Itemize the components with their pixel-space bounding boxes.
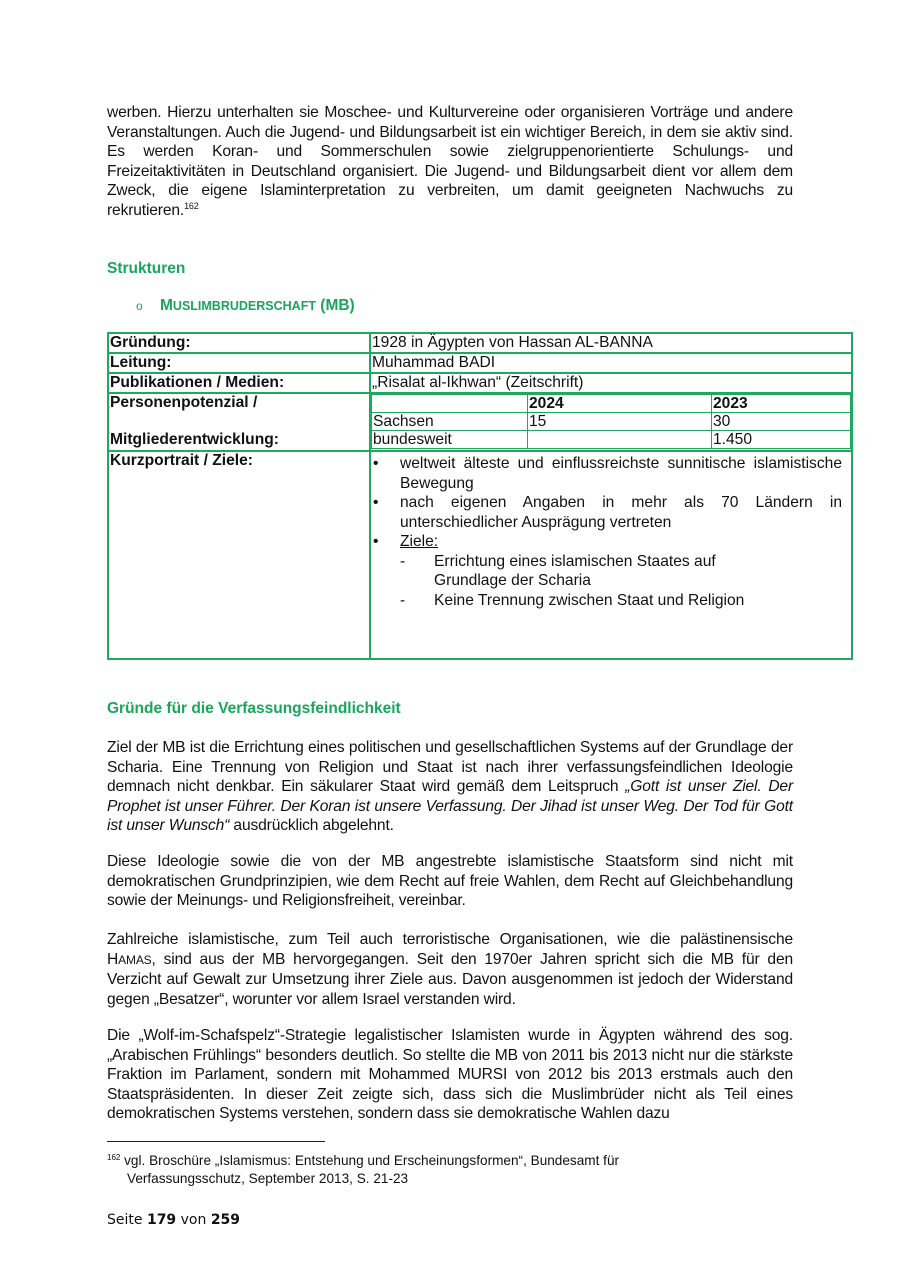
page-middle: von xyxy=(176,1212,211,1228)
region-cell: Sachsen xyxy=(372,413,528,431)
membership-table: 2024 2023 Sachsen 15 30 bundesweit 1.450 xyxy=(371,394,851,449)
total-pages: 259 xyxy=(211,1212,240,1228)
value-profile: weltweit älteste und einflussreichste su… xyxy=(370,451,852,659)
footnote-line1: vgl. Broschüre „Islamismus: Entstehung u… xyxy=(120,1153,619,1168)
value-2023-cell: 1.450 xyxy=(712,431,851,449)
label-publications: Publikationen / Medien: xyxy=(108,373,370,393)
section-heading-reasons: Gründe für die Verfassungsfeindlichkeit xyxy=(107,700,401,718)
subheading-initial: M xyxy=(160,297,173,314)
current-page: 179 xyxy=(147,1212,176,1228)
list-item: Errichtung eines islamischen Staates auf… xyxy=(400,552,842,591)
hamas-smallcaps: AMAS xyxy=(118,953,151,967)
region-cell: bundesweit xyxy=(372,431,528,449)
page-prefix: Seite xyxy=(107,1212,147,1228)
label-membership-line2: Mitgliederentwicklung: xyxy=(110,431,279,449)
table-row-founding: Gründung: 1928 in Ägypten von Hassan AL-… xyxy=(108,333,852,353)
label-founding: Gründung: xyxy=(108,333,370,353)
value-publications: „Risalat al-Ikhwan“ (Zeitschrift) xyxy=(370,373,852,393)
table-row-leadership: Leitung: Muhammad BADI xyxy=(108,353,852,373)
label-profile: Kurzportrait / Ziele: xyxy=(108,451,370,659)
reasons-p1-tail: ausdrücklich abgelehnt. xyxy=(229,817,394,834)
subheading-muslimbruderschaft: oMUSLIMBRUDERSCHAFT (MB) xyxy=(136,297,355,315)
footnote-ref[interactable]: 162 xyxy=(184,201,199,211)
list-item: nach eigenen Angaben in mehr als 70 Länd… xyxy=(372,493,850,532)
footnote-line2: Verfassungsschutz, September 2013, S. 21… xyxy=(107,1170,747,1188)
table-row-membership: Personenpotenzial / Mitgliederentwicklun… xyxy=(108,393,852,451)
goals-dash-list: Errichtung eines islamischen Staates auf… xyxy=(400,552,842,611)
profile-bullet-list: weltweit älteste und einflussreichste su… xyxy=(372,454,850,610)
footnote-number: 162 xyxy=(107,1153,120,1162)
value-founding: 1928 in Ägypten von Hassan AL-BANNA xyxy=(370,333,852,353)
value-2024-cell xyxy=(528,431,712,449)
table-row: Sachsen 15 30 xyxy=(372,413,851,431)
organization-info-table: Gründung: 1928 in Ägypten von Hassan AL-… xyxy=(107,332,853,660)
list-item-goals: Ziele: Errichtung eines islamischen Staa… xyxy=(372,532,850,610)
label-leadership: Leitung: xyxy=(108,353,370,373)
footnote-162: 162 vgl. Broschüre „Islamismus: Entstehu… xyxy=(107,1152,747,1187)
reasons-p3-tail: , sind aus der MB hervorgegangen. Seit d… xyxy=(107,951,793,1008)
membership-header-empty xyxy=(372,395,528,413)
membership-header-row: 2024 2023 xyxy=(372,395,851,413)
goals-label: Ziele: xyxy=(400,533,438,550)
table-row-publications: Publikationen / Medien: „Risalat al-Ikhw… xyxy=(108,373,852,393)
membership-header-2024: 2024 xyxy=(528,395,712,413)
section-heading-structures: Strukturen xyxy=(107,260,185,278)
reasons-paragraph-3: Zahlreiche islamistische, zum Teil auch … xyxy=(107,930,793,1009)
reasons-paragraph-4: Die „Wolf-im-Schafspelz“-Strategie legal… xyxy=(107,1026,793,1124)
label-membership-line1: Personenpotenzial / xyxy=(110,394,368,412)
table-row-profile: Kurzportrait / Ziele: weltweit älteste u… xyxy=(108,451,852,659)
subheading-smallcaps: USLIMBRUDERSCHAFT xyxy=(173,299,316,313)
footnote-divider xyxy=(107,1141,325,1142)
label-membership: Personenpotenzial / Mitgliederentwicklun… xyxy=(108,393,370,451)
value-2023-cell: 30 xyxy=(712,413,851,431)
reasons-p3-text: Zahlreiche islamistische, zum Teil auch … xyxy=(107,931,793,948)
hollow-bullet-icon: o xyxy=(136,299,160,313)
hamas-initial: H xyxy=(107,951,118,968)
value-2024-cell: 15 xyxy=(528,413,712,431)
table-row: bundesweit 1.450 xyxy=(372,431,851,449)
membership-header-2023: 2023 xyxy=(712,395,851,413)
membership-cell: 2024 2023 Sachsen 15 30 bundesweit 1.450 xyxy=(370,393,852,451)
document-page: werben. Hierzu unterhalten sie Moschee- … xyxy=(0,0,900,1273)
intro-paragraph: werben. Hierzu unterhalten sie Moschee- … xyxy=(107,103,793,220)
intro-paragraph-text: werben. Hierzu unterhalten sie Moschee- … xyxy=(107,104,793,219)
reasons-paragraph-2: Diese Ideologie sowie die von der MB ang… xyxy=(107,852,793,911)
subheading-suffix: (MB) xyxy=(316,297,355,314)
value-leadership: Muhammad BADI xyxy=(370,353,852,373)
page-number: Seite 179 von 259 xyxy=(107,1212,240,1228)
list-item: weltweit älteste und einflussreichste su… xyxy=(372,454,850,493)
reasons-paragraph-1: Ziel der MB ist die Errichtung eines pol… xyxy=(107,738,793,836)
list-item: Keine Trennung zwischen Staat und Religi… xyxy=(400,591,842,611)
